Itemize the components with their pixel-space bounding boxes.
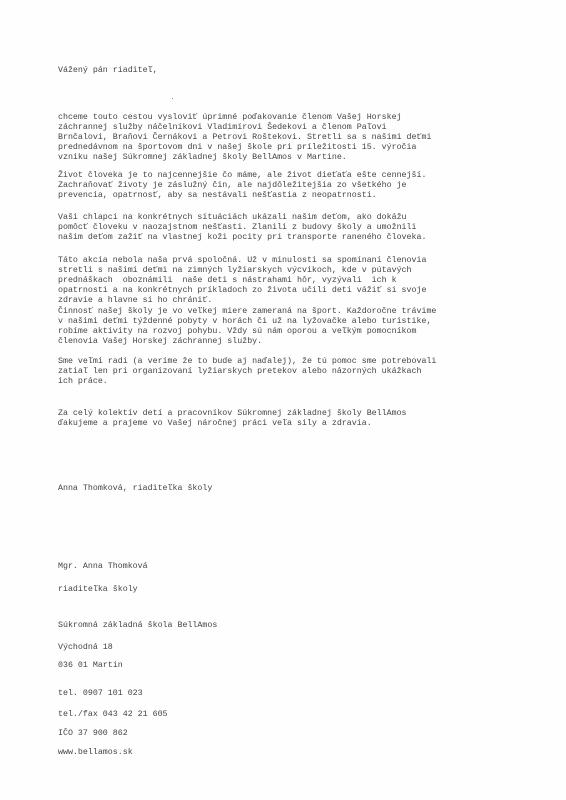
school-name: Súkromná základná škola BellAmos: [58, 621, 217, 631]
greeting: Vážený pán riaditeľ,: [58, 66, 158, 76]
signature-name: Mgr. Anna Thomková: [58, 562, 148, 572]
paragraph-line: vzniku našej Súkromnej základnej školy B…: [58, 153, 347, 163]
paragraph-line: Brnčalovi, Braňovi Černákovi a Petrovi R…: [58, 133, 431, 143]
paragraph-line: ich práce.: [58, 377, 108, 387]
address-street: Východná 18: [58, 643, 113, 653]
paragraph-line: Za celý kolektív detí a pracovníkov Súkr…: [58, 409, 407, 419]
scan-speck: [172, 98, 173, 99]
paragraph-line: Činnosť našej školy je vo veľkej miere z…: [58, 307, 436, 317]
paragraph-line: Sme veľmi radi (a veríme že to bude aj n…: [58, 357, 436, 367]
paragraph-line: zdravie a hlavne si ho chrániť.: [58, 296, 212, 306]
paragraph-line: chceme touto cestou vysloviť úprimné poď…: [58, 113, 402, 123]
fax: tel./fax 043 42 21 605: [58, 710, 168, 720]
website: www.bellamos.sk: [58, 748, 133, 758]
address-city: 036 01 Martin: [58, 661, 123, 671]
paragraph-line: členovia Vašej Horskej záchrannej služby…: [58, 337, 262, 347]
paragraph-line: našim deťom zažiť na vlastnej koži pocit…: [58, 233, 426, 243]
signature-title: riaditeľka školy: [58, 585, 138, 595]
ico: IČO 37 900 862: [58, 729, 128, 739]
paragraph-line: v našimi deťmi týždenné pobyty v horách …: [58, 317, 431, 327]
paragraph-line: Zachraňovať životy je záslužný čin, ale …: [58, 181, 407, 191]
paragraph-line: pomôcť človeku v naozajstnom nešťasti. Z…: [58, 223, 416, 233]
paragraph-line: prednáškach oboznámili naše deti s nástr…: [58, 276, 397, 286]
paragraph-line: záchrannej služby náčelníkovi Vladimírov…: [58, 123, 387, 133]
paragraph-line: prevencia, opatrnosť, aby sa nestávali n…: [58, 191, 377, 201]
paragraph-line: zatiaľ len pri organizovaní lyžiarskych …: [58, 367, 421, 377]
paragraph-line: stretli s našimi deťmi na zimných lyžiar…: [58, 266, 412, 276]
phone: tel. 0907 101 023: [58, 689, 143, 699]
paragraph-line: Táto akcia nebola naša prvá spoločná. Už…: [58, 256, 426, 266]
paragraph-line: ďakujeme a prajeme vo Vašej náročnej prá…: [58, 419, 372, 429]
letter-page: Vážený pán riaditeľ, chceme touto cestou…: [0, 0, 566, 800]
paragraph-line: Vaši chlapci na konkrétnych situáciách u…: [58, 213, 407, 223]
paragraph-line: Život človeka je to najcennejšie čo máme…: [58, 171, 426, 181]
paragraph-line: prednedávnom na športovom dni v našej šk…: [58, 143, 416, 153]
closing-line: Anna Thomková, riaditeľka školy: [58, 484, 212, 494]
paragraph-line: opatrnosti a na konkrétnych príkladoch z…: [58, 286, 426, 296]
paragraph-line: robíme aktivity na rozvoj pohybu. Vždy s…: [58, 327, 416, 337]
